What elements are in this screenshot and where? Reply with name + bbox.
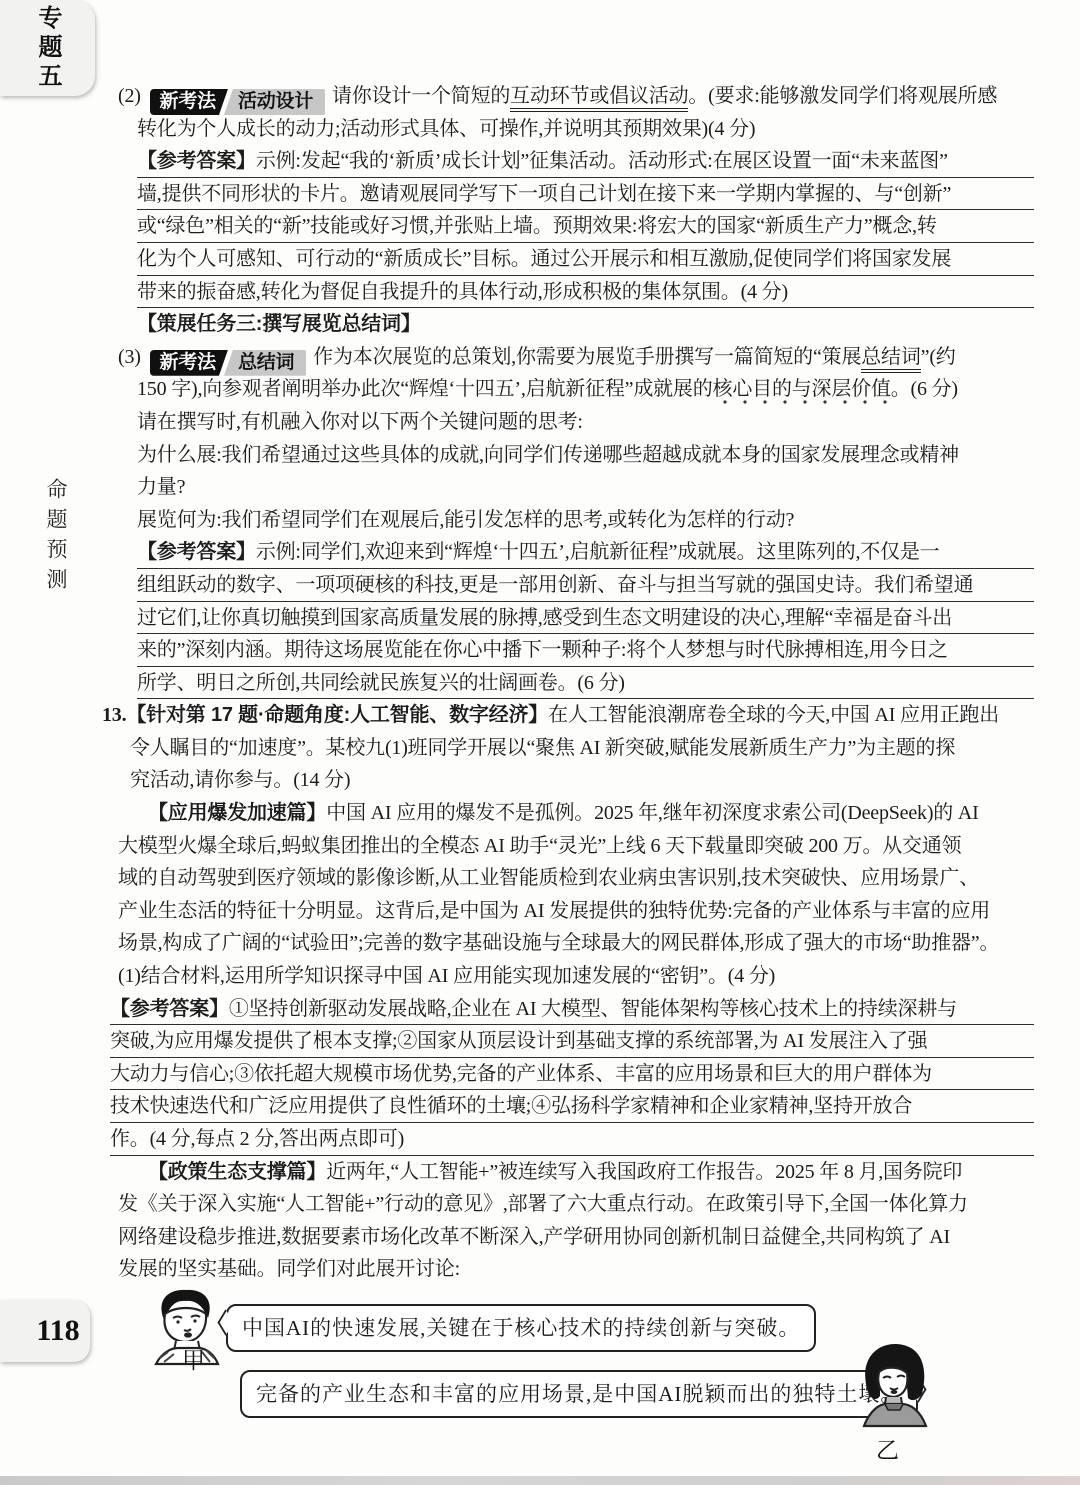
q13-material2-line: 发展的坚实基础。同学们对此展开讨论: xyxy=(118,1253,1034,1286)
q3-text: 150 字),向参观者阐明举办此次“辉煌‘十四五’,启航新征程”成就展的 xyxy=(137,378,713,400)
badge-new-exam-method: 新考法 xyxy=(150,350,228,376)
q3-answer-line: 所学、明日之所创,共同绘就民族复兴的壮阔画卷。(6 分) xyxy=(137,667,1034,700)
q3-emphasized-text: 总结词 xyxy=(861,346,920,373)
q2-number: (2) xyxy=(118,85,141,107)
student-b-label: 乙 xyxy=(876,1432,899,1465)
q3-line6: 展览何为:我们希望同学们在观展后,能引发怎样的思考,或转化为怎样的行动? xyxy=(137,504,1034,537)
q3-answer-line: 过它们,让你真切触摸到国家高质量发展的脉搏,感受到生态文明建设的决心,理解“幸福… xyxy=(137,602,1034,635)
student-b-avatar xyxy=(854,1340,936,1428)
student-a-speech-text: 中国AI的快速发展,关键在于核心技术的持续创新与突破。 xyxy=(242,1316,800,1340)
q3-line2: 150 字),向参观者阐明举办此次“辉煌‘十四五’,启航新征程”成就展的核心目的… xyxy=(137,373,1034,406)
q3-line3: 请在撰写时,有机融入你对以下两个关键问题的思考: xyxy=(137,406,1034,439)
student-b-speech-bubble: 完备的产业生态和丰富的应用场景,是中国AI脱颖而出的独特土壤。 xyxy=(240,1370,918,1418)
material2-heading: 【政策生态支撑篇】 xyxy=(148,1161,326,1183)
discussion-illustration: 甲 中国AI的快速发展,关键在于核心技术的持续创新与突破。 完备的产业生态和丰富… xyxy=(102,1284,1034,1464)
q3-number: (3) xyxy=(118,346,141,368)
q3-line4: 为什么展:我们希望通过这些具体的成就,向同学们传递哪些超越成就本身的国家发展理念… xyxy=(137,439,1034,472)
badge-summary-word: 总结词 xyxy=(224,350,306,376)
page-number: 118 xyxy=(36,1314,79,1348)
task3-heading: 【策展任务三:撰写展览总结词】 xyxy=(137,308,1034,341)
answer-text: 示例:同学们,欢迎来到“辉煌‘十四五’,启航新征程”成就展。这里陈列的,不仅是一 xyxy=(256,541,940,563)
sidebar-chapter-tab: 专题五 xyxy=(0,0,95,96)
q13-material2-line: 网络建设稳步推进,数据要素市场化改革不断深入,产学研用协同创新机制日益健全,共同… xyxy=(118,1221,1034,1254)
q13-answer-line: 大动力与信心;③依托超大规模市场优势,完备的产业体系、丰富的应用场景和巨大的用户… xyxy=(110,1058,1034,1091)
q13-subquestion1: (1)结合材料,运用所学知识探寻中国 AI 应用能实现加速发展的“密钥”。(4 … xyxy=(118,960,1034,993)
q2-line2: 转化为个人成长的动力;活动形式具体、可操作,并说明其预期效果)(4 分) xyxy=(137,113,1034,146)
q2-answer-line: 化为个人可感知、可行动的“新质成长”目标。通过公开展示和相互激励,促使同学们将国… xyxy=(137,243,1034,276)
badge-new-exam-method: 新考法 xyxy=(150,89,228,115)
badge-activity-design: 活动设计 xyxy=(224,89,325,115)
student-b-speech-text: 完备的产业生态和丰富的应用场景,是中国AI脱颖而出的独特土壤。 xyxy=(256,1382,902,1406)
main-content: (2) 新考法活动设计 请你设计一个简短的互动环节或倡议活动。(要求:能够激发同… xyxy=(102,80,1034,1286)
q2-text-cont: 。(要求:能够激发同学们将观展所感 xyxy=(688,85,997,107)
q2-line1: (2) 新考法活动设计 请你设计一个简短的互动环节或倡议活动。(要求:能够激发同… xyxy=(118,80,1034,113)
q3-line5: 力量? xyxy=(137,471,1034,504)
material1-heading: 【应用爆发加速篇】 xyxy=(148,802,326,824)
q13-number: 13. xyxy=(102,704,126,726)
q13-material1-line: 【应用爆发加速篇】中国 AI 应用的爆发不是孤例。2025 年,继年初深度求索公… xyxy=(148,797,1034,830)
q3-line1: (3) 新考法总结词 作为本次展览的总策划,你需要为展览手册撰写一篇简短的“策展… xyxy=(118,341,1034,374)
q2-text: 请你设计一个简短的 xyxy=(332,85,510,107)
q3-text: 作为本次展览的总策划,你需要为展览手册撰写一篇简短的“策展 xyxy=(313,346,861,368)
q13-material2-line: 【政策生态支撑篇】近两年,“人工智能+”被连续写入我国政府工作报告。2025 年… xyxy=(148,1156,1034,1189)
student-a-label: 甲 xyxy=(182,1342,205,1375)
q2-answer-line: 或“绿色”相关的“新”技能或好习惯,并张贴上墙。预期效果:将宏大的国家“新质生产… xyxy=(137,210,1034,243)
q13-answer-line: 【参考答案】①坚持创新驱动发展战略,企业在 AI 大模型、智能体架构等核心技术上… xyxy=(110,993,1034,1026)
material1-text: 中国 AI 应用的爆发不是孤例。2025 年,继年初深度求索公司(DeepSee… xyxy=(326,802,978,824)
page-number-tab: 118 xyxy=(0,1300,90,1362)
q13-material1-line: 场景,构成了广阔的“试验田”;完善的数字基础设施与全球最大的网民群体,形成了强大… xyxy=(118,927,1034,960)
q13-text: 在人工智能浪潮席卷全球的今天,中国 AI 应用正跑出 xyxy=(548,704,999,726)
q3-answer-line: 组组跃动的数字、一项项硬核的科技,更是一部用创新、奋斗与担当写就的强国史诗。我们… xyxy=(137,569,1034,602)
q13-answer-line: 突破,为应用爆发提供了根本支撑;②国家从顶层设计到基础支撑的系统部署,为 AI … xyxy=(110,1025,1034,1058)
sidebar-section-label: 命题预测 xyxy=(40,478,70,598)
q13-material1-line: 大模型火爆全球后,蚂蚁集团推出的全模态 AI 助手“灵光”上线 6 天下载量即突… xyxy=(118,830,1034,863)
q3-dotted-emphasis: 核心目的与深层价值 xyxy=(713,378,891,405)
q13-line2: 令人瞩目的“加速度”。某校九(1)班同学开展以“聚焦 AI 新突破,赋能发展新质… xyxy=(130,732,1034,765)
chapter-tab-label: 专题五 xyxy=(30,5,65,92)
q2-answer-line: 带来的振奋感,转化为督促自我提升的具体行动,形成积极的集体氛围。(4 分) xyxy=(137,276,1034,309)
student-a-speech-bubble: 中国AI的快速发展,关键在于核心技术的持续创新与突破。 xyxy=(226,1304,816,1352)
q13-material1-line: 产业生态活的特征十分明显。这背后,是中国为 AI 发展提供的独特优势:完备的产业… xyxy=(118,895,1034,928)
q3-text-cont: 。(6 分) xyxy=(891,378,958,400)
q13-material2-line: 发《关于深入实施“人工智能+”行动的意见》,部署了六大重点行动。在政策引导下,全… xyxy=(118,1188,1034,1221)
q3-answer-line: 来的”深刻内涵。期待这场展览能在你心中播下一颗种子:将个人梦想与时代脉搏相连,用… xyxy=(137,634,1034,667)
page-bottom-edge xyxy=(0,1476,1080,1485)
textbook-page: 专题五 命题预测 118 (2) 新考法活动设计 请你设计一个简短的互动环节或倡… xyxy=(0,0,1080,1485)
answer-text: ①坚持创新驱动发展战略,企业在 AI 大模型、智能体架构等核心技术上的持续深耕与 xyxy=(229,998,957,1020)
q3-answer-line: 【参考答案】示例:同学们,欢迎来到“辉煌‘十四五’,启航新征程”成就展。这里陈列… xyxy=(137,536,1034,569)
q13-heading: 【针对第 17 题·命题角度:人工智能、数字经济】 xyxy=(126,704,548,726)
q2-answer-line: 墙,提供不同形状的卡片。邀请观展同学写下一项自己计划在接下来一学期内掌握的、与“… xyxy=(137,178,1034,211)
answer-label: 【参考答案】 xyxy=(137,541,256,563)
q2-emphasized-text: 互动环节或倡议活动 xyxy=(510,85,688,112)
q2-answer-line: 【参考答案】示例:发起“我的‘新质’成长计划”征集活动。活动形式:在展区设置一面… xyxy=(137,145,1034,178)
q13-line3: 究活动,请你参与。(14 分) xyxy=(130,764,1034,797)
q13-answer-line: 作。(4 分,每点 2 分,答出两点即可) xyxy=(110,1123,1034,1156)
answer-text: 示例:发起“我的‘新质’成长计划”征集活动。活动形式:在展区设置一面“未来蓝图” xyxy=(256,150,948,172)
q13-line1: 13.【针对第 17 题·命题角度:人工智能、数字经济】在人工智能浪潮席卷全球的… xyxy=(102,699,1034,732)
q3-text-cont: ”(约 xyxy=(921,346,956,368)
answer-label: 【参考答案】 xyxy=(110,998,229,1020)
q13-answer-line: 技术快速迭代和广泛应用提供了良性循环的土壤;④弘扬科学家精神和企业家精神,坚持开… xyxy=(110,1090,1034,1123)
material2-text: 近两年,“人工智能+”被连续写入我国政府工作报告。2025 年 8 月,国务院印 xyxy=(326,1161,962,1183)
answer-label: 【参考答案】 xyxy=(137,150,256,172)
q13-material1-line: 域的自动驾驶到医疗领域的影像诊断,从工业智能质检到农业病虫害识别,技术突破快、应… xyxy=(118,862,1034,895)
